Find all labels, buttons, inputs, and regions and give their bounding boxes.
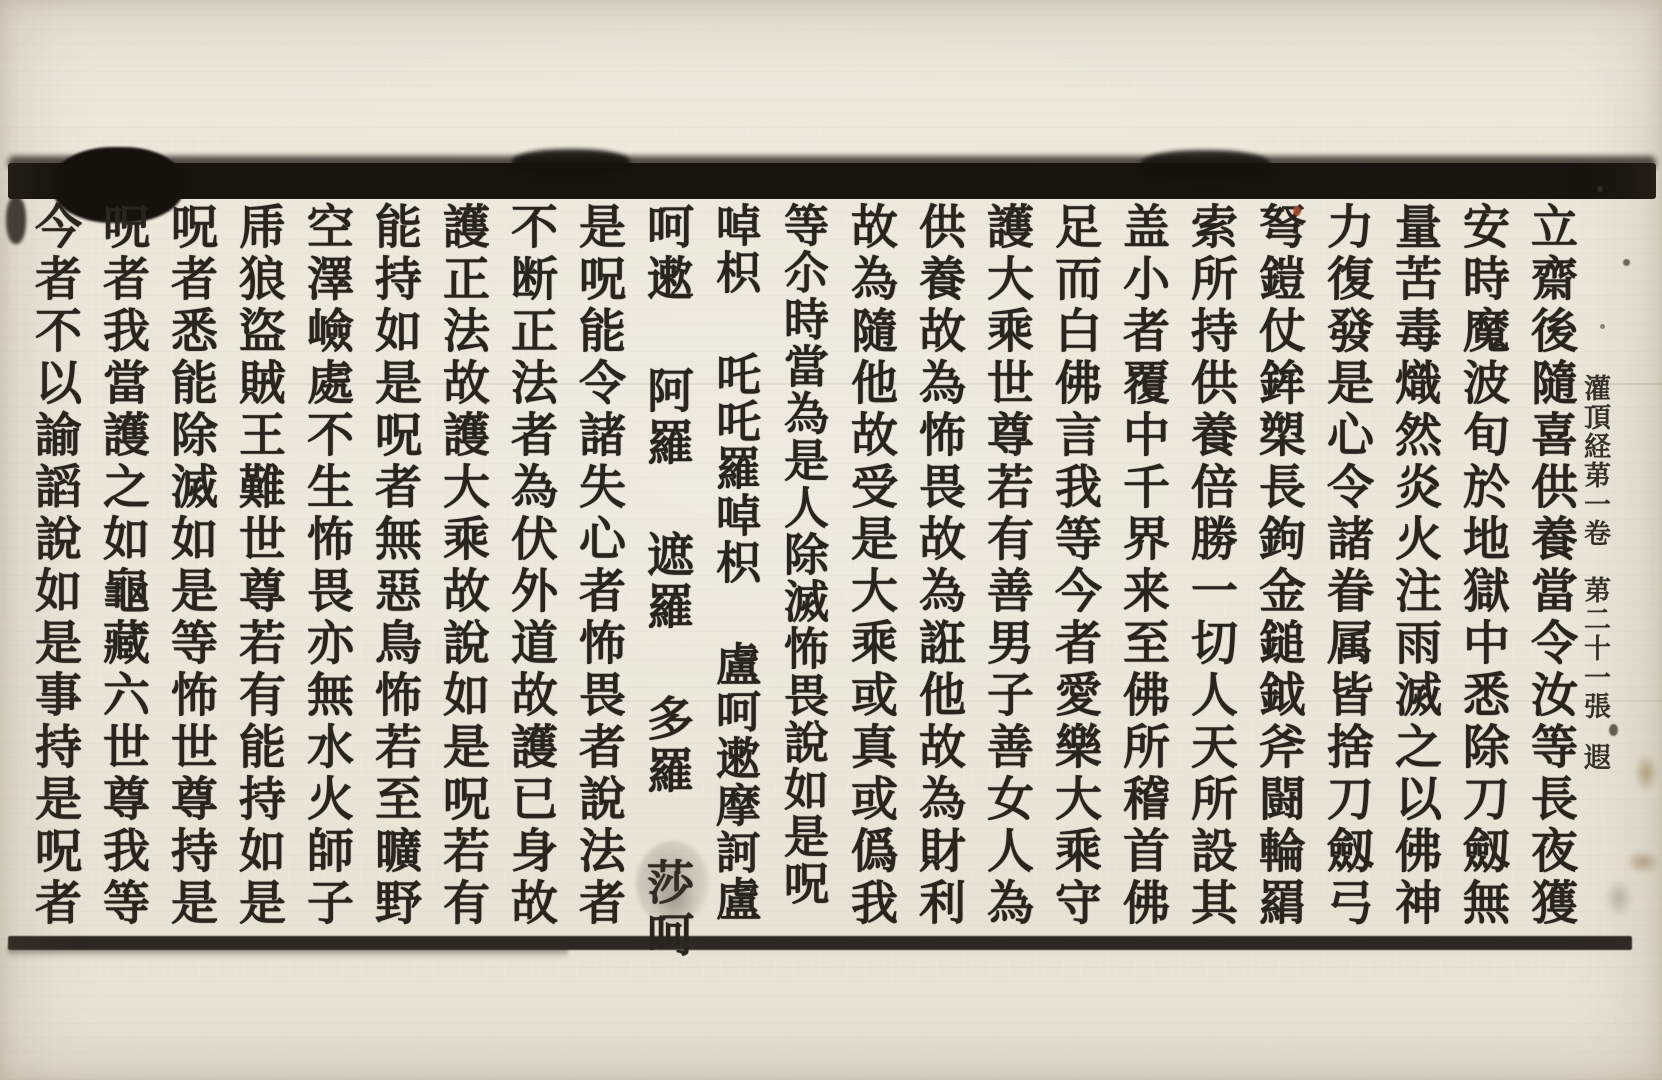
sutra-column-11: 故為隨他故受是大乘或真或僞我	[836, 202, 904, 947]
brown-stain	[1626, 850, 1660, 874]
margin-title-column: 灌頂経苐一卷苐二十一張遐	[1572, 374, 1616, 754]
bottom-border-ink-fray	[8, 946, 568, 958]
sutra-column-8: 足而白佛言我等今者愛樂大乘守	[1040, 202, 1108, 947]
margin-sutra-title: 灌頂経苐一卷	[1579, 374, 1610, 548]
sutra-column-18: 能持如是呪者無惡鳥怖若至曠野	[360, 202, 428, 947]
sutra-column-17: 護正法故護大乘故說如是呪若有	[428, 202, 496, 947]
sutra-column-3: 量苦毒熾然炎火注雨滅之以佛神	[1380, 202, 1448, 947]
top-border-band	[8, 163, 1656, 199]
red-ink-speck	[1293, 206, 1301, 216]
ink-blob	[512, 149, 630, 175]
ink-speck	[1623, 259, 1630, 266]
sutra-column-19: 空澤嶮處不生怖畏亦無水火師子	[292, 202, 360, 947]
ink-speck	[1609, 724, 1618, 736]
sutra-column-23: 今者不以諭謟說如是事持是呪者	[20, 202, 88, 947]
sutra-column-9: 護大乘世尊若有善男子善女人為	[972, 202, 1040, 947]
margin-case-marker: 遐	[1579, 743, 1610, 772]
sutra-column-15: 是呪能令諸失心者怖畏者說法者	[564, 202, 632, 947]
sutra-sheet: 立齋後隨喜供養當令汝等長夜獲安時魔波旬於地獄中悉除刀劔無量苦毒熾然炎火注雨滅之以…	[0, 0, 1662, 1080]
sutra-column-21: 呪者悉能除滅如是等怖世尊持是	[156, 202, 224, 947]
brown-stain	[1634, 754, 1658, 792]
sutra-column-7: 盖小者覆中千界来至佛所稽首佛	[1108, 202, 1176, 947]
sutra-column-22: 呪者我當護之如龜藏六世尊我等	[88, 202, 156, 947]
ink-speck	[1600, 324, 1605, 329]
sutra-column-4: 力復發是心令諸眷属皆捨刀劔弓	[1312, 202, 1380, 947]
sutra-column-2: 安時魔波旬於地獄中悉除刀劔無	[1448, 202, 1516, 947]
faint-ink-mark	[1604, 878, 1634, 918]
margin-sheet-number: 苐二十一張	[1579, 576, 1610, 721]
sutra-column-13: 啅枳 吒吒羅啅枳 盧呵遬摩訶盧	[700, 202, 768, 947]
sutra-column-6: 索所持供養倍勝一切人天所設其	[1176, 202, 1244, 947]
sutra-column-20: 乕狼盜賊王難世尊若有能持如是	[224, 202, 292, 947]
sutra-column-14: 呵遬 阿羅 遮羅 多羅 莎呵	[632, 202, 700, 947]
sutra-column-5: 弩鎧仗鉾槊長鉤金鎚鉞斧闘輪羂	[1244, 202, 1312, 947]
sutra-column-16: 不断正法者為伏外道故護已身故	[496, 202, 564, 947]
ink-blob	[1140, 150, 1270, 180]
ink-speck	[1597, 186, 1603, 192]
sutra-column-10: 供養故為怖畏故為誑他故為財利	[904, 202, 972, 947]
sutra-column-12: 等尒時當為是人除滅怖畏說如是呪	[768, 202, 836, 947]
